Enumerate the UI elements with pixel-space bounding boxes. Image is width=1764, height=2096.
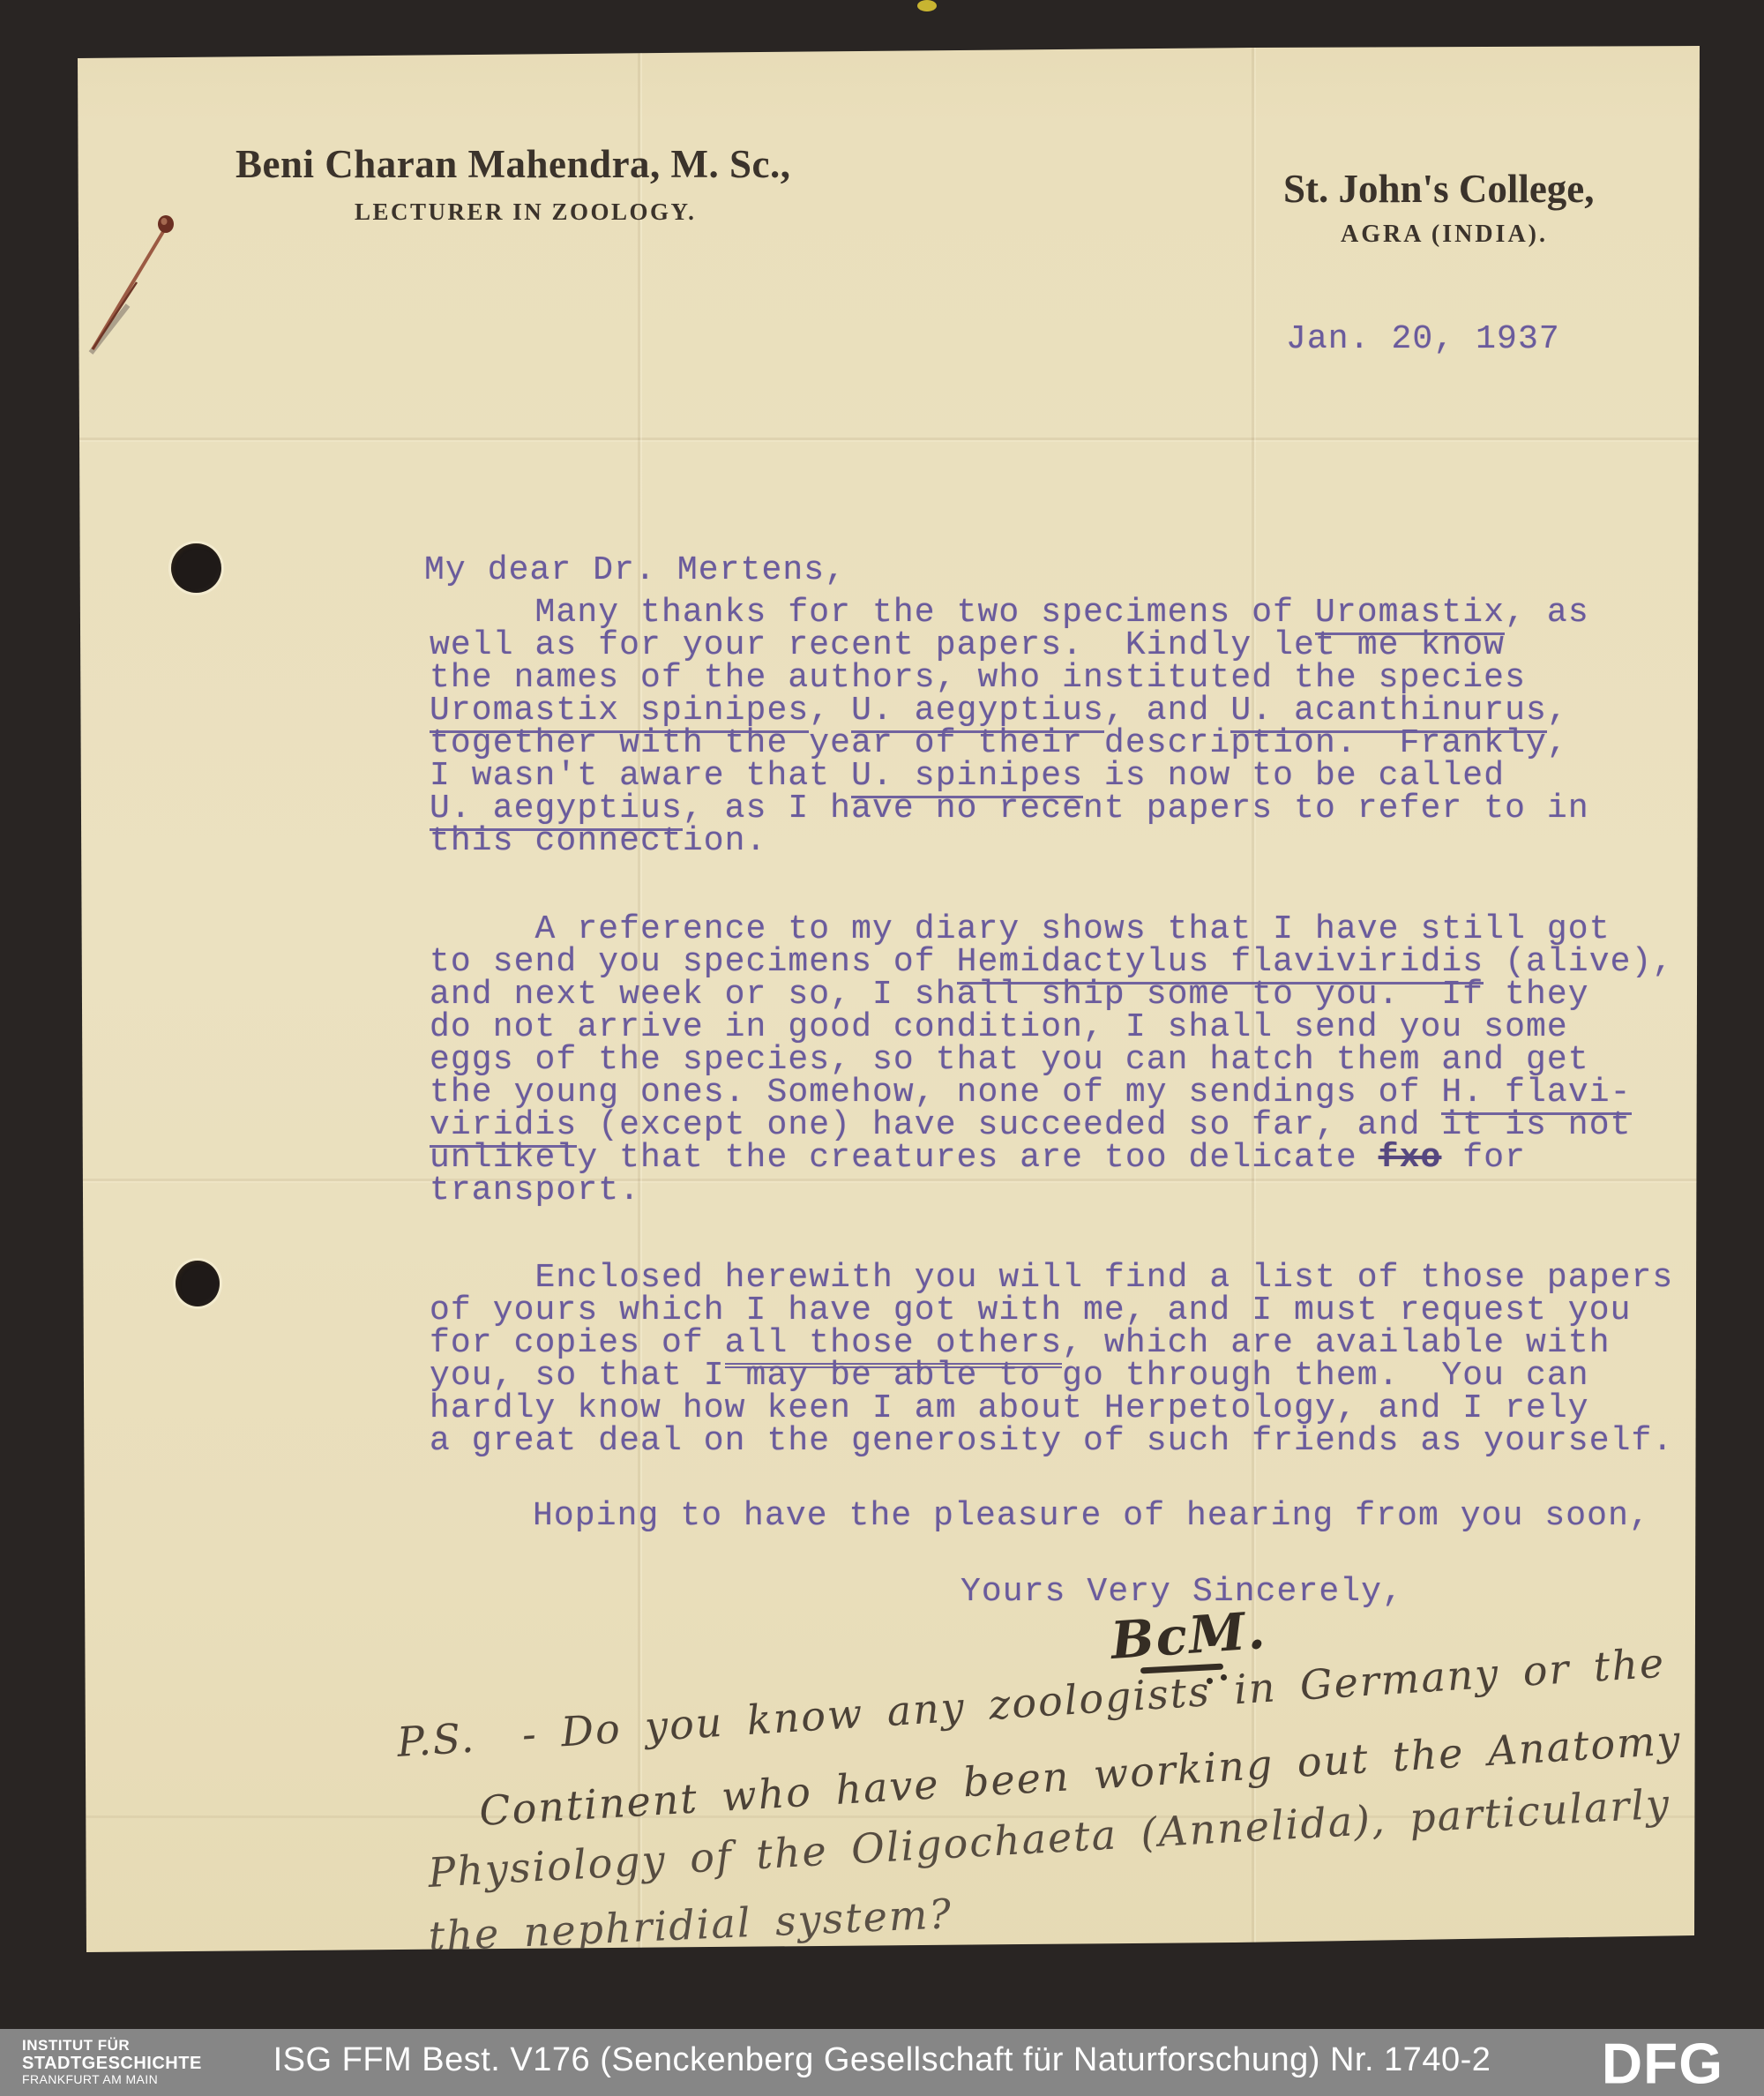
typed-line: hardly know how keen I am about Herpetol… <box>430 1392 1673 1425</box>
typed-line: Enclosed herewith you will find a list o… <box>430 1261 1673 1294</box>
typed-text: this connection. <box>430 822 766 860</box>
typed-line: I wasn't aware that U. spinipes is now t… <box>430 760 1589 792</box>
typed-line: well as for your recent papers. Kindly l… <box>430 629 1589 662</box>
typed-line: the young ones. Somehow, none of my send… <box>430 1076 1673 1109</box>
letter-paragraph: Many thanks for the two specimens of Uro… <box>430 596 1589 857</box>
typed-line: and next week or so, I shall ship some t… <box>430 978 1673 1011</box>
archive-scan-view: Beni Charan Mahendra, M. Sc., LECTURER I… <box>0 0 1764 2096</box>
letter-paragraph: Enclosed herewith you will find a list o… <box>430 1261 1673 1457</box>
typed-line: viridis (except one) have succeeded so f… <box>430 1109 1673 1142</box>
postscript-line: the nephridial system? <box>428 1890 953 1960</box>
typed-text: for <box>1441 1139 1526 1177</box>
typed-text: , as <box>1505 594 1589 632</box>
typed-text: a great deal on the generosity of such f… <box>430 1422 1673 1460</box>
typed-line: a great deal on the generosity of such f… <box>430 1425 1673 1457</box>
typed-line: transport. <box>430 1174 1673 1207</box>
typed-line: for copies of all those others, which ar… <box>430 1327 1673 1359</box>
typed-line: U. aegyptius, as I have no recent papers… <box>430 792 1589 825</box>
typed-line: eggs of the species, so that you can hat… <box>430 1044 1673 1076</box>
letter-salutation: My dear Dr. Mertens, <box>424 554 846 587</box>
letterhead-sender-name: Beni Charan Mahendra, M. Sc., <box>235 141 791 187</box>
punch-hole <box>171 543 221 593</box>
archive-footer-bar: INSTITUT FÜR STADTGESCHICHTE FRANKFURT A… <box>0 2029 1764 2096</box>
typed-text: , as I have no recent papers to refer to… <box>683 790 1589 827</box>
handwritten-signature: BcM. <box>1109 1600 1268 1671</box>
typed-line: Uromastix spinipes, U. aegyptius, and U.… <box>430 694 1589 727</box>
typed-line: you, so that I may be able to go through… <box>430 1359 1673 1392</box>
typed-text: transport. <box>430 1172 640 1209</box>
letterhead-sender-title: LECTURER IN ZOOLOGY. <box>355 198 696 226</box>
letterhead-place: AGRA (INDIA). <box>1341 221 1548 249</box>
letter-page: Beni Charan Mahendra, M. Sc., LECTURER I… <box>0 0 1764 2096</box>
dfg-logo: DFG <box>1602 2030 1723 2096</box>
typed-line: this connection. <box>430 825 1589 857</box>
punch-hole <box>176 1261 220 1306</box>
archive-reference-text: ISG FFM Best. V176 (Senckenberg Gesellsc… <box>0 2041 1764 2079</box>
letter-paragraph: A reference to my diary shows that I hav… <box>430 913 1673 1207</box>
typed-line: of yours which I have got with me, and I… <box>430 1294 1673 1327</box>
typed-line: do not arrive in good condition, I shall… <box>430 1011 1673 1044</box>
letterhead-college: St. John's College, <box>1283 166 1595 212</box>
typed-line: Many thanks for the two specimens of Uro… <box>430 596 1589 629</box>
letter-valediction: Yours Very Sincerely, <box>960 1576 1403 1608</box>
typed-line: A reference to my diary shows that I hav… <box>430 913 1673 946</box>
paper-speck <box>917 0 937 11</box>
letter-closing: Hoping to have the pleasure of hearing f… <box>533 1500 1650 1532</box>
typed-line: together with the year of their descript… <box>430 727 1589 760</box>
letter-date: Jan. 20, 1937 <box>1286 323 1560 356</box>
typed-line: to send you specimens of Hemidactylus fl… <box>430 946 1673 978</box>
pin-icon <box>84 201 198 378</box>
typed-line: the names of the authors, who instituted… <box>430 662 1589 694</box>
species-name-emphasis: fxo <box>1379 1139 1442 1177</box>
typed-line: unlikely that the creatures are too deli… <box>430 1142 1673 1174</box>
